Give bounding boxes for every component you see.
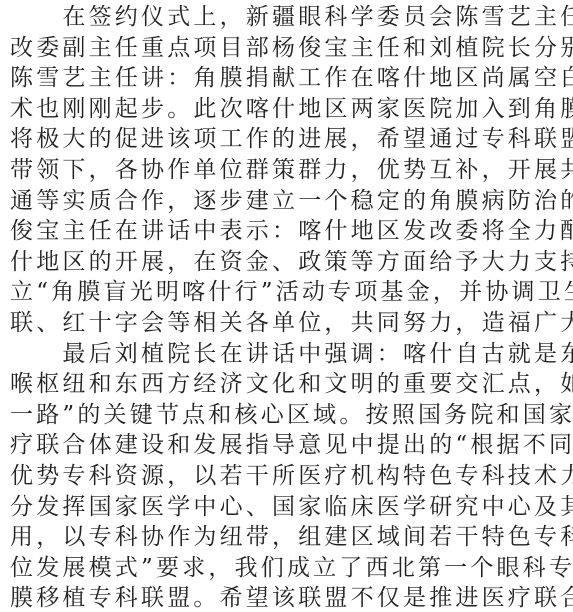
text-line: 联、红十字会等相关各单位，共同努力，造福广大眼病患者。 — [10, 308, 570, 339]
text-line: 膜移植专科联盟。希望该联盟不仅是推进医疗联合体建设、开展 — [10, 583, 570, 612]
text-line: 立“角膜盲光明喀什行”活动专项基金，并协调卫生、民政、残 — [10, 277, 570, 308]
text-line: 最后刘植院长在讲话中强调：喀什自古就是东西方交通的咽 — [10, 339, 570, 370]
text-line: 喉枢纽和东西方经济文化和文明的重要交汇点，如今更是“一带 — [10, 369, 570, 400]
text-line: 术也刚刚起步。此次喀什地区两家医院加入到角膜移植专科联盟， — [10, 94, 570, 125]
text-line: 通等实质合作，逐步建立一个稳定的角膜病防治的长效机制。杨 — [10, 186, 570, 217]
text-line: 用，以专科协作为纽带，组建区域间若干特色专科联盟，形成补 — [10, 522, 570, 553]
text-line: 一路”的关键节点和核心区域。按照国务院和国家卫计委关于医 — [10, 400, 570, 431]
text-line: 什地区的开展，在资金、政策等方面给予大力支持，积极推动建 — [10, 247, 570, 278]
text-line: 分发挥国家医学中心、国家临床医学研究中心及其协同网络的作 — [10, 492, 570, 523]
text-line: 疗联合体建设和发展指导意见中提出的“根据不同区域医疗机构 — [10, 430, 570, 461]
text-line: 带领下，各协作单位群策群力，优势互补，开展共建、共享、共 — [10, 155, 570, 186]
text-line: 将极大的促进该项工作的进展，希望通过专科联盟在牵头单位的 — [10, 124, 570, 155]
text-line: 改委副主任重点项目部杨俊宝主任和刘植院长分别发表了讲话。 — [10, 33, 570, 64]
text-line: 陈雪艺主任讲：角膜捐献工作在喀什地区尚属空白，角膜移植技 — [10, 63, 570, 94]
article-body: 在签约仪式上，新疆眼科学委员会陈雪艺主任、喀什地区发 改委副主任重点项目部杨俊宝… — [10, 2, 570, 612]
text-line: 优势专科资源，以若干所医疗机构特色专科技术力量为支撑，充 — [10, 461, 570, 492]
text-line: 位发展模式”要求，我们成立了西北第一个眼科专科联盟——角 — [10, 553, 570, 584]
text-line: 俊宝主任在讲话中表示：喀什地区发改委将全力配合该项目在喀 — [10, 216, 570, 247]
text-line: 在签约仪式上，新疆眼科学委员会陈雪艺主任、喀什地区发 — [10, 2, 570, 33]
